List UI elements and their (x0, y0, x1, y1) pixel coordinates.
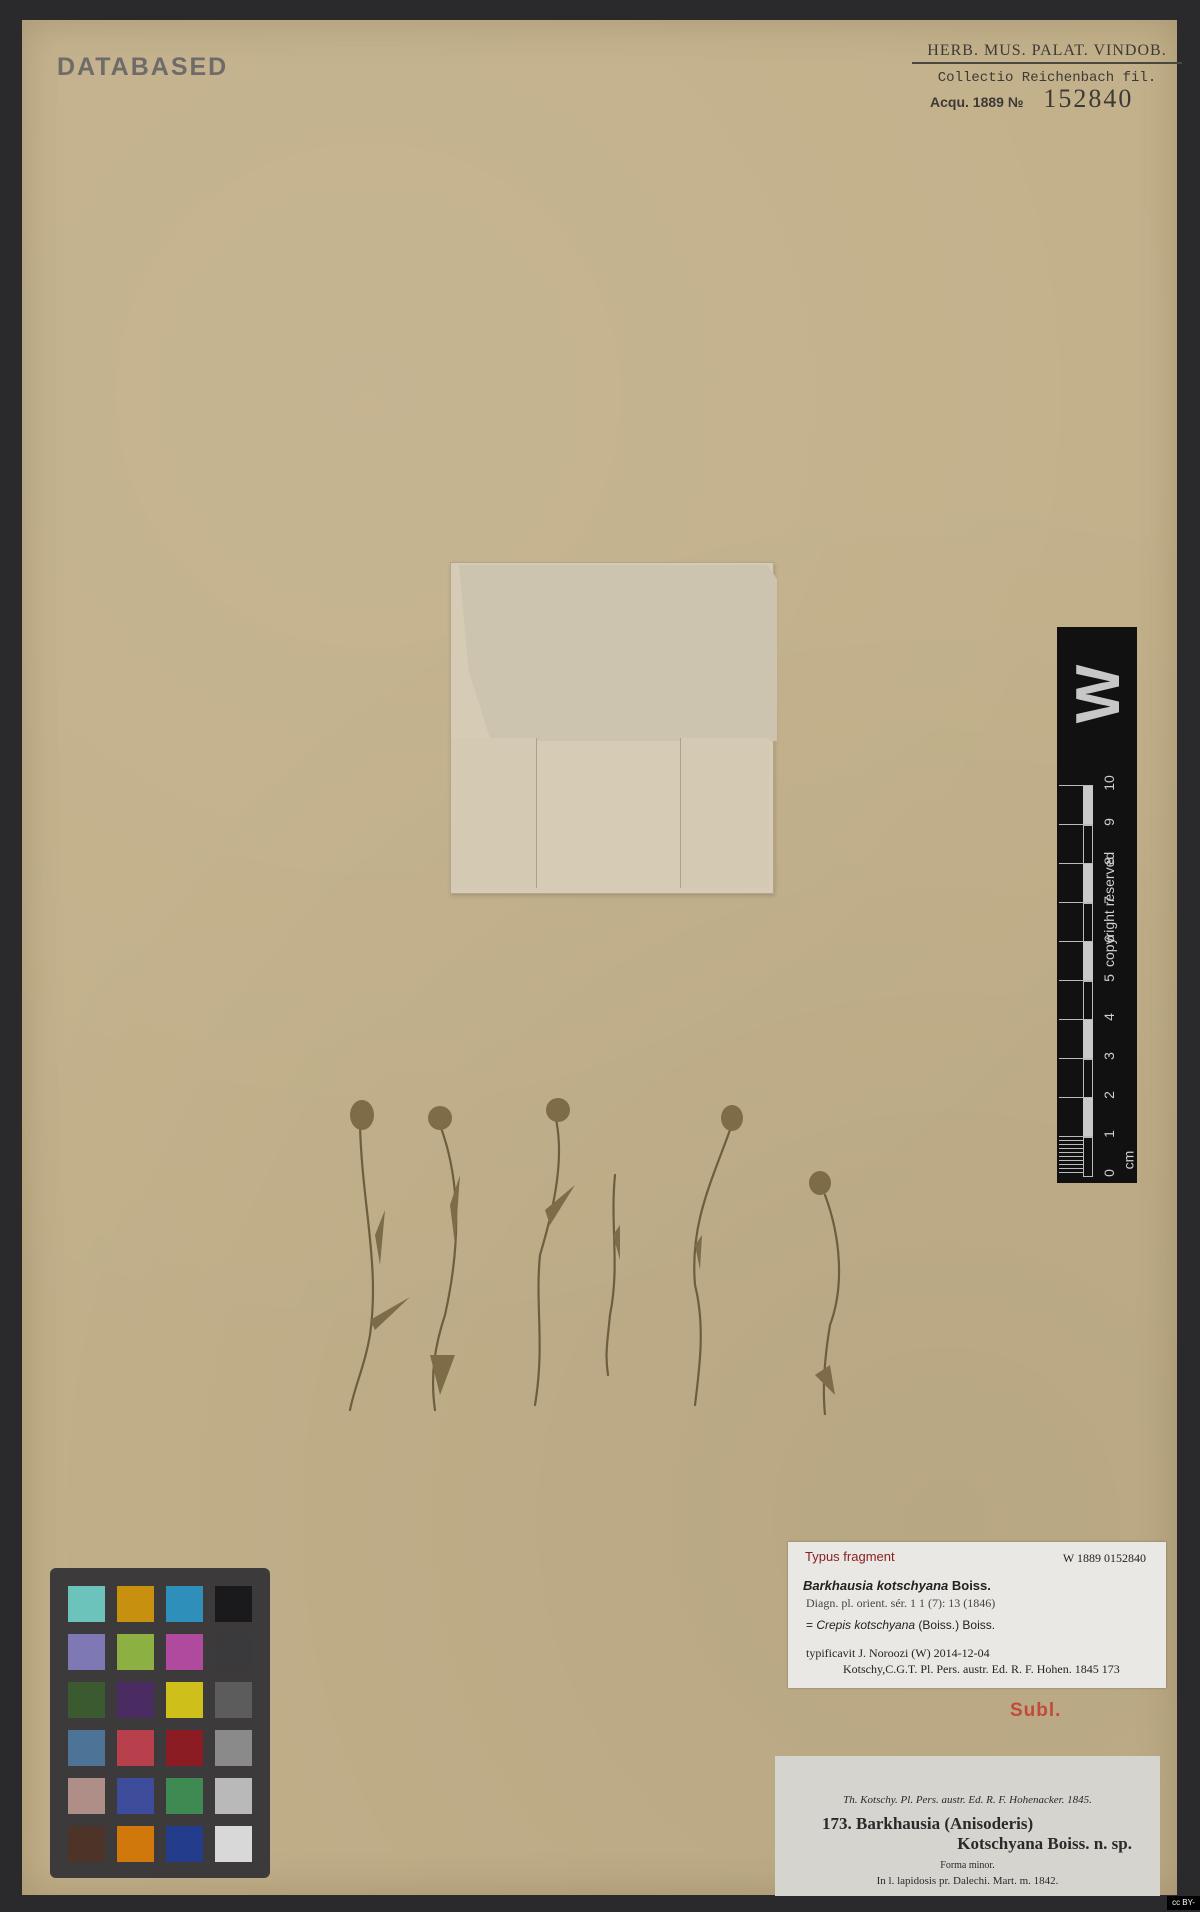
color-patch (215, 1778, 252, 1814)
tick-2: 2 (1101, 1085, 1117, 1105)
color-patch (215, 1682, 252, 1718)
color-patch (68, 1586, 105, 1622)
color-patch (215, 1586, 252, 1622)
color-patch (117, 1586, 154, 1622)
color-patch (166, 1634, 203, 1670)
color-patch (215, 1826, 252, 1862)
original-label-form: Forma minor. (775, 1860, 1160, 1871)
original-label-taxon-line1: 173. Barkhausia (Anisoderis) (775, 1814, 1160, 1834)
color-patch (68, 1634, 105, 1670)
barcode-number: W 1889 0152840 (1063, 1551, 1146, 1566)
original-label-header: Th. Kotschy. Pl. Pers. austr. Ed. R. F. … (775, 1794, 1160, 1806)
acquisition-text: Acqu. 1889 № (912, 94, 1023, 110)
color-patch (117, 1682, 154, 1718)
color-patch (68, 1778, 105, 1814)
cc-license-badge: cc BY-SA (1167, 1896, 1200, 1910)
color-patch (117, 1634, 154, 1670)
tick-3: 3 (1101, 1046, 1117, 1066)
color-patch-grid (68, 1586, 252, 1862)
tick-1: 1 (1101, 1124, 1117, 1144)
synonym-prefix: = (806, 1618, 816, 1632)
collection-info: Kotschy,C.G.T. Pl. Pers. austr. Ed. R. F… (843, 1662, 1120, 1677)
color-patch (166, 1826, 203, 1862)
color-patch (117, 1730, 154, 1766)
original-label-locality: In l. lapidosis pr. Dalechi. Mart. m. 18… (775, 1875, 1160, 1887)
color-calibration-chart (50, 1568, 270, 1878)
institution-name: HERB. MUS. PALAT. VINDOB. (912, 42, 1182, 64)
original-collection-label: Th. Kotschy. Pl. Pers. austr. Ed. R. F. … (775, 1756, 1160, 1896)
taxon-author: Boiss. (952, 1578, 991, 1593)
synonym: = Crepis kotschyana (Boiss.) Boiss. (806, 1618, 995, 1632)
type-specimen-label: Typus fragment W 1889 0152840 Barkhausia… (788, 1542, 1166, 1688)
fragment-packet (450, 562, 774, 894)
tick-4: 4 (1101, 1007, 1117, 1027)
packet-fold-right (680, 738, 769, 888)
color-patch (166, 1778, 203, 1814)
tick-9: 9 (1101, 812, 1117, 832)
pressed-plant-specimens (330, 1085, 850, 1415)
synonym-author: (Boiss.) Boiss. (918, 1618, 995, 1632)
scale-bar: W 10 9 8 7 6 5 4 3 2 1 0 copyright reser… (1057, 627, 1137, 1183)
publication-reference: Diagn. pl. orient. sér. 1 1 (7): 13 (184… (806, 1596, 995, 1611)
tick-10: 10 (1101, 773, 1117, 793)
databased-stamp: DATABASED (57, 53, 228, 82)
taxon-name: Barkhausia kotschyana Boiss. (803, 1578, 991, 1593)
ruler (1059, 785, 1093, 1175)
color-patch (166, 1682, 203, 1718)
synonym-name: Crepis kotschyana (816, 1618, 915, 1632)
color-patch (215, 1634, 252, 1670)
color-patch (117, 1826, 154, 1862)
color-patch (166, 1730, 203, 1766)
color-patch (215, 1730, 252, 1766)
typus-status: Typus fragment (805, 1549, 895, 1564)
packet-flap (459, 565, 777, 741)
packet-fold-left (451, 738, 537, 888)
w-logo-icon: W (1063, 659, 1133, 729)
subl-stamp: Subl. (1010, 1700, 1061, 1722)
taxon-binomial: Barkhausia kotschyana (803, 1578, 948, 1593)
color-patch (68, 1682, 105, 1718)
herbarium-accession-label: HERB. MUS. PALAT. VINDOB. Collectio Reic… (912, 42, 1182, 114)
unit-label: cm (1120, 1151, 1136, 1170)
tick-5: 5 (1101, 968, 1117, 988)
color-patch (68, 1730, 105, 1766)
accession-number: 152840 (1043, 84, 1133, 114)
color-patch (117, 1778, 154, 1814)
color-patch (68, 1826, 105, 1862)
typification: typificavit J. Noroozi (W) 2014-12-04 (806, 1646, 990, 1661)
tick-0: 0 (1101, 1163, 1117, 1183)
original-label-taxon-line2: Kotschyana Boiss. n. sp. (775, 1834, 1160, 1854)
color-patch (166, 1586, 203, 1622)
copyright-text: copyright reserved (1101, 852, 1117, 967)
